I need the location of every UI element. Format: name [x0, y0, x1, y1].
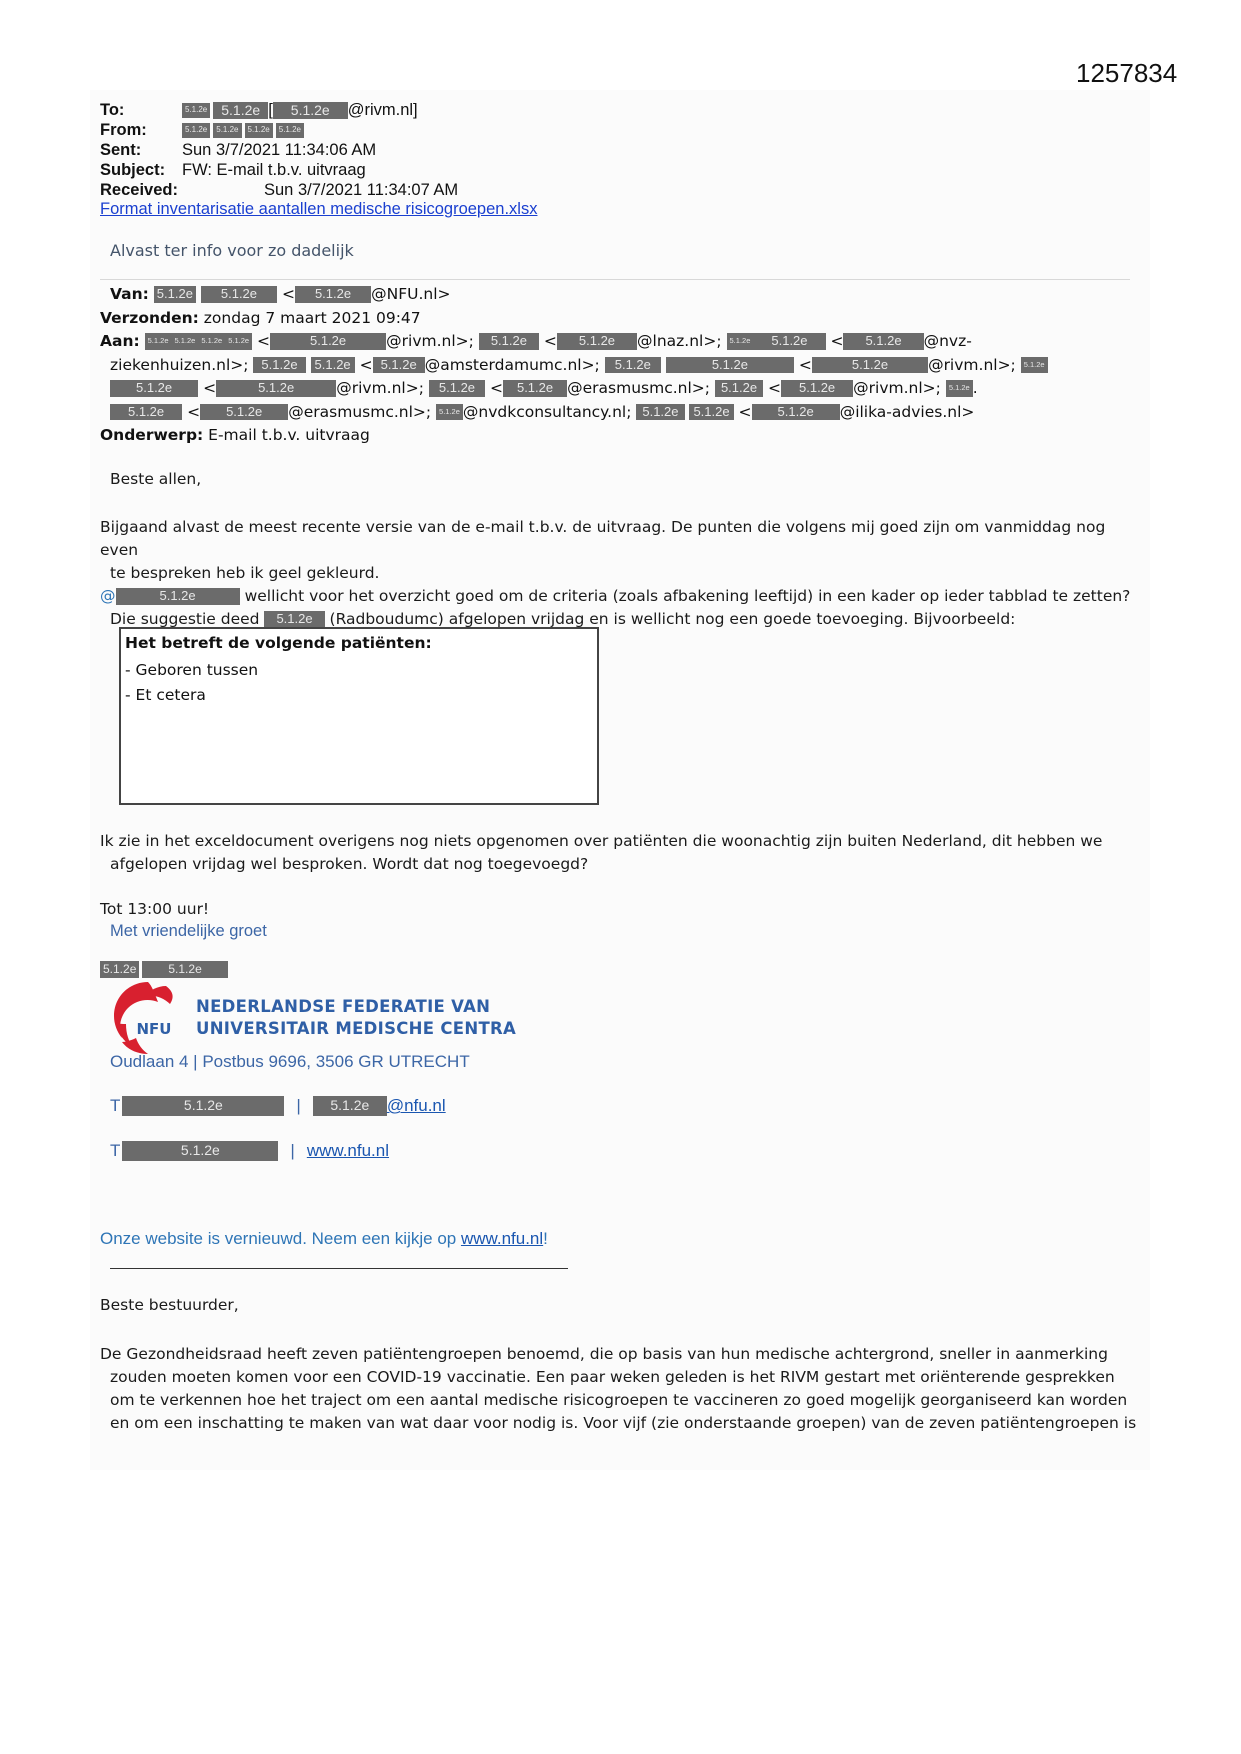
address: Oudlaan 4 | Postbus 9696, 3506 GR UTRECH… [110, 1052, 470, 1072]
sent-row: Sent: Sun 3/7/2021 11:34:06 AM [100, 140, 458, 160]
redaction: 5.1.2e [727, 333, 754, 349]
quoted-paragraph: De Gezondheidsraad heeft zeven patiënten… [100, 1343, 1140, 1435]
from-value: 5.1.2e5.1.2e5.1.2e5.1.2e [182, 120, 307, 140]
redaction: 5.1.2e [781, 380, 853, 396]
quoted-greeting: Beste bestuurder, [100, 1294, 1140, 1317]
received-label: Received: [100, 180, 264, 200]
redaction: 5.1.2e [200, 404, 288, 420]
redaction: 5.1.2e [270, 333, 386, 349]
redaction: 5.1.2e [557, 333, 637, 349]
svg-text:NFU: NFU [137, 1020, 172, 1038]
to-label: To: [100, 100, 182, 120]
outer-email-header: To: 5.1.2e5.1.2e[5.1.2e@rivm.nl] From: 5… [100, 100, 458, 200]
redaction: 5.1.2e [213, 123, 241, 138]
redaction: 5.1.2e [753, 333, 825, 349]
closing: Tot 13:00 uur! [100, 898, 1140, 921]
redaction: 5.1.2e [225, 333, 252, 349]
sent-value: Sun 3/7/2021 11:34:06 AM [182, 140, 376, 160]
redaction: 5.1.2e [1021, 357, 1048, 373]
redaction: 5.1.2e [213, 102, 268, 119]
redaction: 5.1.2e [429, 380, 485, 396]
redaction: 5.1.2e [264, 611, 324, 627]
redaction: 5.1.2e [145, 333, 172, 349]
sent-label: Sent: [100, 140, 182, 160]
redaction: 5.1.2e [752, 404, 840, 420]
van-row: Van: 5.1.2e 5.1.2e <5.1.2e@NFU.nl> [100, 283, 1140, 307]
redaction: 5.1.2e [245, 123, 273, 138]
redaction: 5.1.2e [122, 1096, 284, 1115]
phone-web-row: T 5.1.2e | www.nfu.nl [110, 1141, 389, 1161]
redaction: 5.1.2e [812, 357, 928, 373]
redaction: 5.1.2e [503, 380, 567, 396]
website-promo: Onze website is vernieuwd. Neem een kijk… [100, 1229, 548, 1249]
redaction: 5.1.2e [689, 404, 733, 420]
redaction: 5.1.2e [311, 357, 355, 373]
redaction: 5.1.2e [122, 1141, 278, 1160]
redaction: 5.1.2e [946, 380, 973, 396]
promo-link[interactable]: www.nfu.nl [461, 1229, 543, 1248]
redaction: 5.1.2e [636, 404, 684, 420]
nfu-logo-icon: NFU [108, 978, 188, 1058]
divider [110, 1268, 568, 1269]
divider [100, 279, 1130, 280]
redaction: 5.1.2e [116, 588, 240, 604]
redaction: 5.1.2e [100, 961, 139, 978]
redaction: 5.1.2e [715, 380, 763, 396]
redaction: 5.1.2e [201, 286, 277, 302]
subject-row: Subject: FW: E-mail t.b.v. uitvraag [100, 160, 458, 180]
subject-value: FW: E-mail t.b.v. uitvraag [182, 160, 366, 180]
redaction: 5.1.2e [198, 333, 225, 349]
regards: Met vriendelijke groet [110, 922, 267, 941]
redaction: 5.1.2e [436, 404, 463, 420]
redaction: 5.1.2e [182, 103, 210, 118]
from-row: From: 5.1.2e5.1.2e5.1.2e5.1.2e [100, 120, 458, 140]
redaction: 5.1.2e [172, 333, 199, 349]
redaction: 5.1.2e [313, 1096, 387, 1115]
paragraph-1: Bijgaand alvast de meest recente versie … [100, 516, 1140, 631]
redaction: 5.1.2e [295, 286, 371, 302]
paragraph-3: Ik zie in het exceldocument overigens no… [100, 830, 1140, 876]
forward-note: Alvast ter info voor zo dadelijk [110, 241, 354, 260]
redaction: 5.1.2e [605, 357, 661, 373]
redaction: 5.1.2e [154, 286, 196, 302]
redaction: 5.1.2e [666, 357, 794, 373]
redaction: 5.1.2e [276, 123, 304, 138]
document-id: 1257834 [1076, 58, 1177, 89]
redaction: 5.1.2e [142, 961, 227, 978]
redaction: 5.1.2e [182, 123, 210, 138]
greeting: Beste allen, [100, 468, 1140, 491]
redaction: 5.1.2e [253, 357, 305, 373]
attachment-link[interactable]: Format inventarisatie aantallen medische… [100, 200, 537, 219]
received-value: Sun 3/7/2021 11:34:07 AM [264, 180, 458, 200]
redaction: 5.1.2e [110, 380, 198, 396]
received-row: Received: Sun 3/7/2021 11:34:07 AM [100, 180, 458, 200]
redaction: 5.1.2e [273, 102, 348, 119]
redaction: 5.1.2e [479, 333, 539, 349]
subject-label: Subject: [100, 160, 182, 180]
redaction: 5.1.2e [216, 380, 336, 396]
redaction: 5.1.2e [110, 404, 182, 420]
redaction: 5.1.2e [843, 333, 923, 349]
criteria-box: Het betreft de volgende patiënten: - Geb… [119, 627, 599, 805]
verzonden-row: Verzonden: zondag 7 maart 2021 09:47 [100, 307, 1140, 331]
website-link[interactable]: www.nfu.nl [307, 1141, 389, 1161]
to-value: 5.1.2e5.1.2e[5.1.2e@rivm.nl] [182, 100, 418, 120]
organization-name: NEDERLANDSE FEDERATIE VAN UNIVERSITAIR M… [196, 996, 516, 1040]
original-email-header: Van: 5.1.2e 5.1.2e <5.1.2e@NFU.nl> Verzo… [100, 283, 1140, 448]
to-row: To: 5.1.2e5.1.2e[5.1.2e@rivm.nl] [100, 100, 458, 120]
from-label: From: [100, 120, 182, 140]
onderwerp-row: Onderwerp: E-mail t.b.v. uitvraag [100, 424, 1140, 448]
redaction: 5.1.2e [373, 357, 425, 373]
signature-name: 5.1.2e5.1.2e [100, 961, 228, 979]
phone-email-row: T 5.1.2e | 5.1.2e @nfu.nl [110, 1096, 446, 1116]
aan-row: Aan: 5.1.2e5.1.2e5.1.2e5.1.2e <5.1.2e@ri… [100, 330, 1140, 354]
email-link[interactable]: @nfu.nl [387, 1096, 446, 1116]
